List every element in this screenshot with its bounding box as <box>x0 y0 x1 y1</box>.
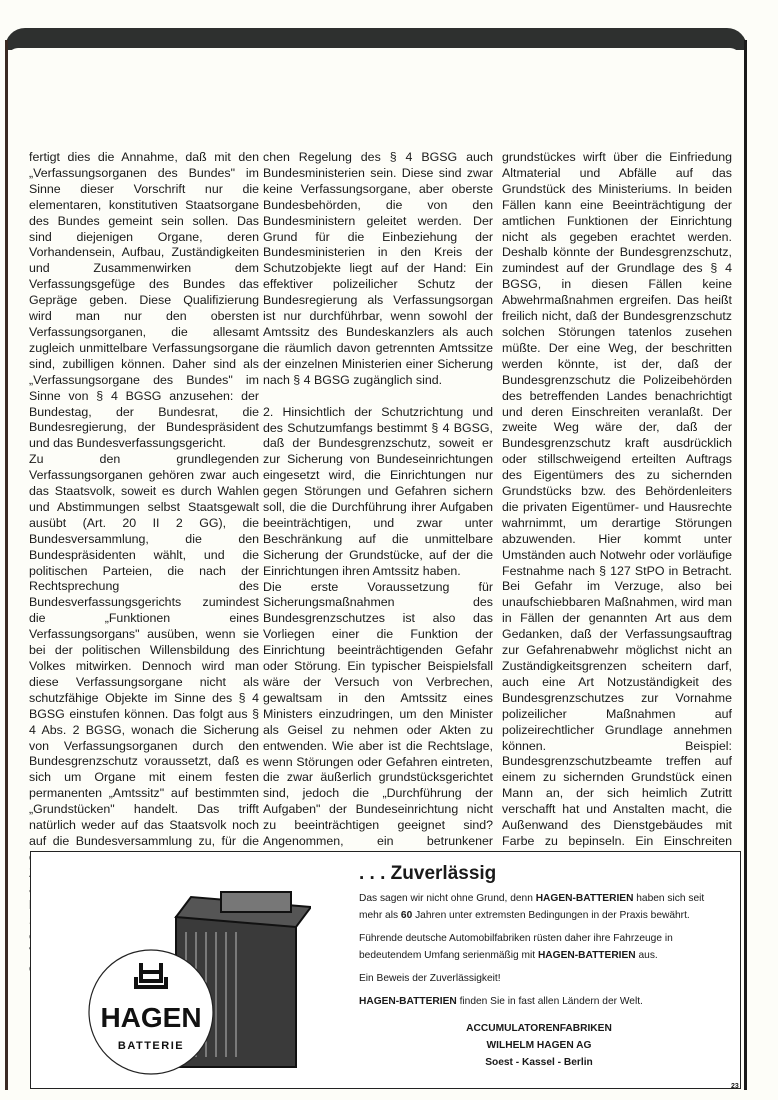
battery-logo-icon: HAGEN BATTERIE <box>81 877 311 1077</box>
svg-text:BATTERIE: BATTERIE <box>118 1040 184 1052</box>
ad-paragraph: HAGEN-BATTERIEN finden Sie in fast allen… <box>359 993 719 1010</box>
ad-paragraph: Das sagen wir nicht ohne Grund, denn HAG… <box>359 890 719 924</box>
ad-title: . . . Zuverlässig <box>359 862 719 886</box>
article-column-3: grundstückes wirft über die Einfriedung … <box>502 150 732 945</box>
paragraph: 2. Hinsichtlich der Schutzrichtung und d… <box>263 405 493 580</box>
paragraph: fertigt dies die Annahme, daß mit den „V… <box>29 150 259 452</box>
ad-copy: . . . Zuverlässig Das sagen wir nicht oh… <box>359 862 719 1071</box>
svg-text:HAGEN: HAGEN <box>100 1002 201 1033</box>
page-header-bar <box>5 28 747 50</box>
frame-right-border <box>744 40 747 1090</box>
ad-company-info: ACCUMULATORENFABRIKEN WILHELM HAGEN AG S… <box>359 1020 719 1071</box>
ad-paragraph: Ein Beweis der Zuverlässigkeit! <box>359 970 719 987</box>
frame-left-border <box>5 40 8 1090</box>
paragraph: chen Regelung des § 4 BGSG auch Bundesmi… <box>263 150 493 389</box>
paragraph: grundstückes wirft über die Einfriedung … <box>502 150 732 945</box>
hagen-battery-advertisement: HAGEN BATTERIE . . . Zuverlässig Das sag… <box>30 851 741 1089</box>
article-column-2: chen Regelung des § 4 BGSG auch Bundesmi… <box>263 150 493 930</box>
page-number: 23 <box>731 1083 739 1090</box>
page-header-inner <box>8 48 740 60</box>
ad-paragraph: Führende deutsche Automobilfabriken rüst… <box>359 930 719 964</box>
paragraph: Zu den grundlegenden Verfassungsorganen … <box>29 452 259 913</box>
